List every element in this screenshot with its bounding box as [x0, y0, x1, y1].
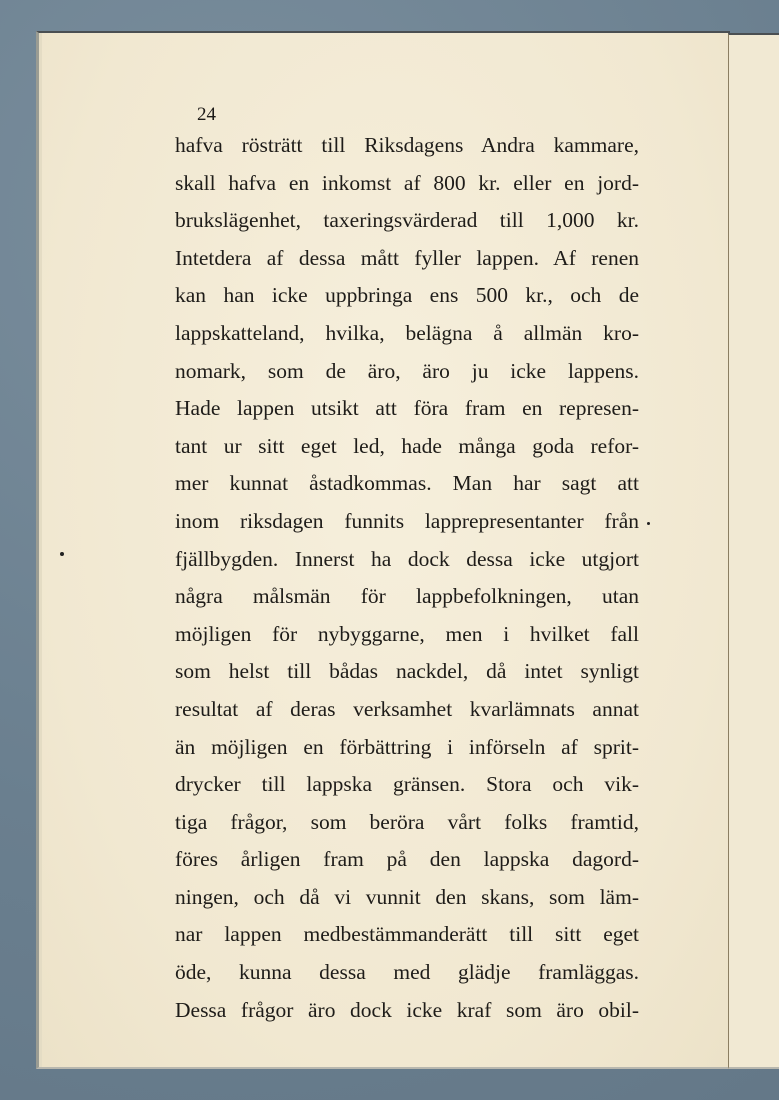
- text-line: resultat af deras verksamhet kvarlämnats…: [175, 691, 639, 729]
- text-line: några målsmän för lappbefolkningen, utan: [175, 578, 639, 616]
- text-line: drycker till lappska gränsen. Stora och …: [175, 766, 639, 804]
- text-line: som helst till bådas nackdel, då intet s…: [175, 653, 639, 691]
- text-line: Intetdera af dessa mått fyller lappen. A…: [175, 240, 639, 278]
- text-line: hafva rösträtt till Riksdagens Andra kam…: [175, 127, 639, 165]
- text-line: nomark, som de äro, äro ju icke lappens.: [175, 353, 639, 391]
- ink-speck: [647, 522, 650, 525]
- text-line: tiga frågor, som beröra vårt folks framt…: [175, 804, 639, 842]
- text-line: brukslägenhet, taxeringsvärderad till 1,…: [175, 202, 639, 240]
- text-line: tant ur sitt eget led, hade många goda r…: [175, 428, 639, 466]
- ink-speck: [60, 552, 64, 556]
- text-line: nar lappen medbestämmanderätt till sitt …: [175, 916, 639, 954]
- text-line: lappskatteland, hvilka, belägna å allmän…: [175, 315, 639, 353]
- text-line: mer kunnat åstadkommas. Man har sagt att: [175, 465, 639, 503]
- text-line: ningen, och då vi vunnit den skans, som …: [175, 879, 639, 917]
- text-line: än möjligen en förbättring i införseln a…: [175, 729, 639, 767]
- body-text: hafva rösträtt till Riksdagens Andra kam…: [175, 127, 639, 1029]
- text-line: kan han icke uppbringa ens 500 kr., och …: [175, 277, 639, 315]
- book-spread: 24 hafva rösträtt till Riksdagens Andra …: [0, 0, 779, 1100]
- left-page: 24 hafva rösträtt till Riksdagens Andra …: [36, 31, 730, 1069]
- text-line: Hade lappen utsikt att föra fram en repr…: [175, 390, 639, 428]
- page-number: 24: [197, 104, 216, 126]
- text-line: fjällbygden. Innerst ha dock dessa icke …: [175, 541, 639, 579]
- text-line: föres årligen fram på den lappska dagord…: [175, 841, 639, 879]
- right-page-edge: [728, 33, 779, 1069]
- text-line: Dessa frågor äro dock icke kraf som äro …: [175, 992, 639, 1030]
- text-line: skall hafva en inkomst af 800 kr. eller …: [175, 165, 639, 203]
- text-line: möjligen för nybyggarne, men i hvilket f…: [175, 616, 639, 654]
- text-line: inom riksdagen funnits lapprepresentante…: [175, 503, 639, 541]
- text-line: öde, kunna dessa med glädje framläggas.: [175, 954, 639, 992]
